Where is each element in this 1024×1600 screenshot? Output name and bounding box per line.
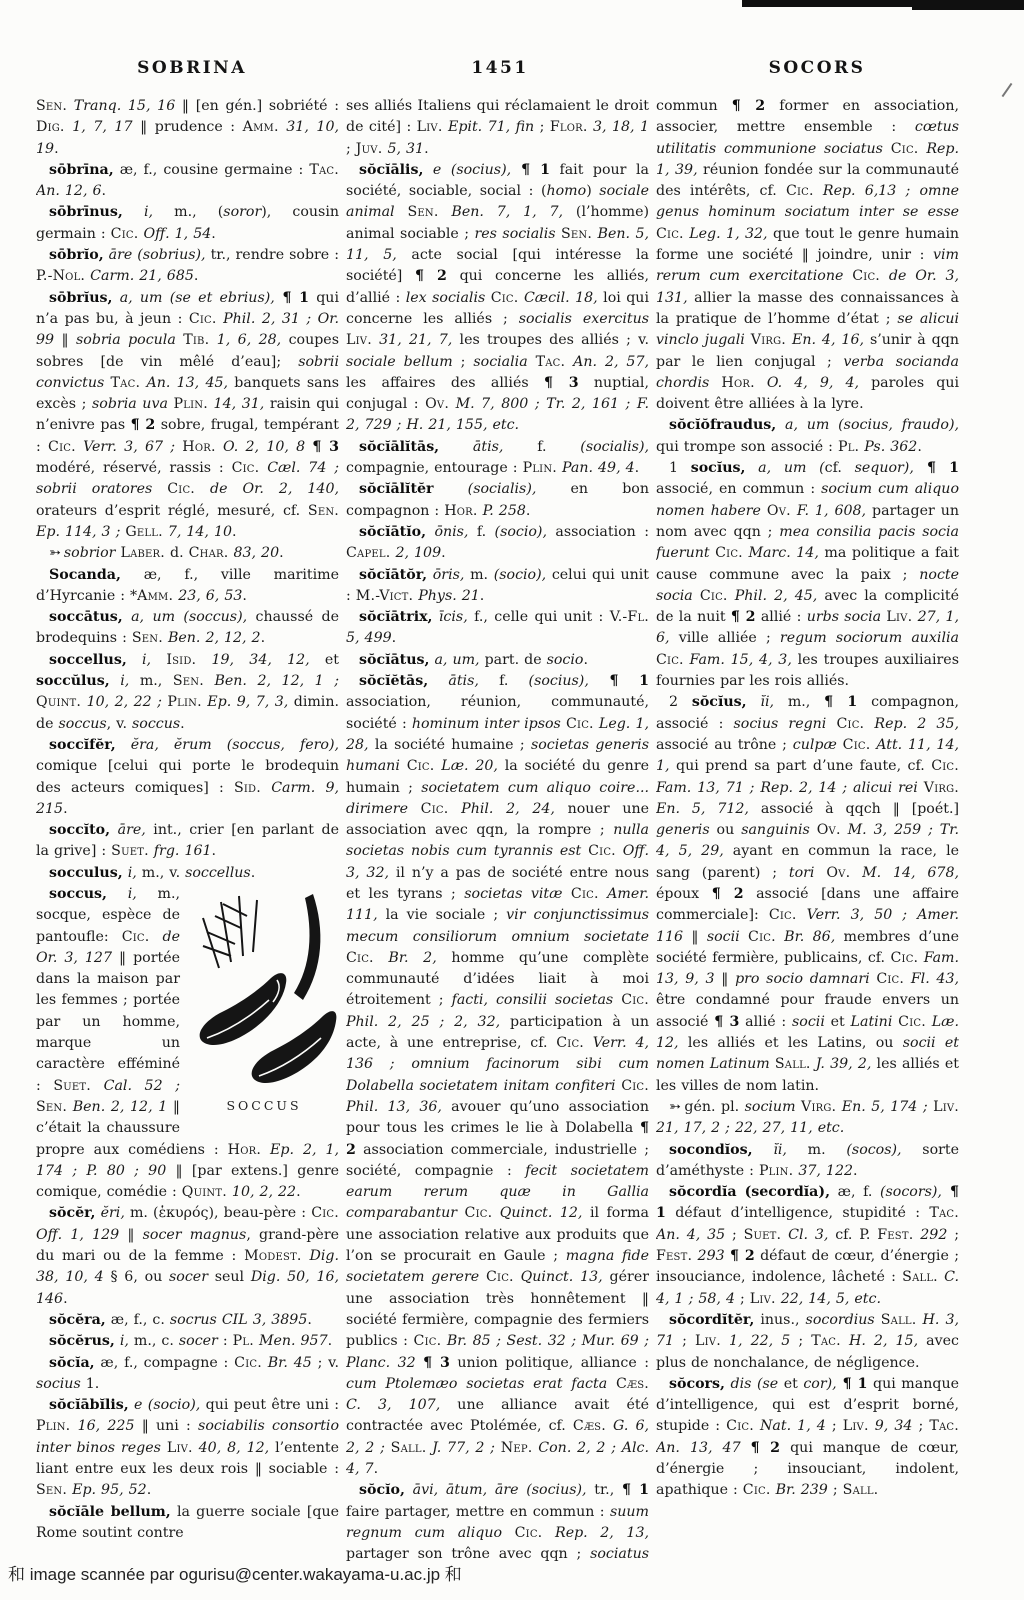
text-run: Cic. — [890, 950, 918, 966]
dictionary-entry: sŏcĭātus, a, um, part. de socio. — [346, 650, 649, 671]
text-run: . — [480, 588, 485, 604]
text-run: m., ( — [153, 204, 223, 220]
text-run: socĭus, — [691, 460, 746, 476]
text-run: Ben. 2, 12, 1 — [67, 1099, 173, 1115]
text-run: Ben. 2, 12, 1 ; — [204, 673, 339, 689]
text-run: ; — [725, 1227, 743, 1243]
text-run: f. — [479, 673, 529, 689]
dictionary-entry: sŏcĭālĭtĕr (socialis), en bon compagnon … — [346, 479, 649, 522]
text-run: Cic. — [486, 1269, 514, 1285]
text-run: 10, 2, 22 ; — [81, 694, 167, 710]
text-run: sŏcĭus, — [692, 694, 747, 710]
text-run: socer magnus — [143, 1227, 247, 1243]
dictionary-entry: sŏcĕra, æ, f., c. socrus CIL 3, 3895. — [36, 1310, 339, 1331]
text-run: ; — [534, 119, 550, 135]
text-run: Cic. — [621, 1078, 649, 1094]
text-run: . — [583, 652, 588, 668]
text-run: Cic. — [556, 1035, 584, 1051]
text-run: ¶ 1 — [589, 673, 649, 689]
text-run: 2, 109 — [390, 545, 441, 561]
text-run: generis — [656, 822, 710, 838]
text-run: Tib. — [183, 332, 209, 348]
text-run: f., celle qui unit : — [468, 609, 610, 625]
text-run: Ben. 7, 1, 7, — [439, 204, 564, 220]
text-run: Suet. — [53, 1078, 91, 1094]
text-run: ; — [346, 141, 356, 157]
text-run: i, — [123, 204, 153, 220]
text-run: socrus CIL 3, 3895 — [170, 1312, 308, 1328]
text-run: . — [424, 141, 429, 157]
text-run: part. de — [480, 652, 547, 668]
text-run: et — [310, 652, 339, 668]
text-run: æ, f., cousine germaine : — [114, 162, 310, 178]
text-run: sŏcĭālis, — [359, 162, 423, 178]
text-run: associé à qqch ‖ [poét.] — [749, 801, 959, 817]
text-run: homo — [547, 183, 587, 199]
dictionary-entry: sŏcĭālĭtās, ātis, f. (socialis), compagn… — [346, 437, 649, 480]
text-run: soccātus, — [49, 609, 123, 625]
text-run: Nat. 1, 4 — [754, 1418, 826, 1434]
text-run: ¶ 3 — [714, 1014, 739, 1030]
text-run: Plin. — [523, 460, 557, 476]
text-run: la vie sociale ; — [378, 907, 507, 923]
dictionary-entry: sŏcordĭtĕr, inus., socordius Sall. H. 3,… — [656, 1310, 959, 1374]
text-run: O. 4, 9, 4, — [755, 375, 859, 391]
text-run: (socors), — [880, 1184, 942, 1200]
text-run: défaut d’intelligence, stupidité : — [666, 1205, 929, 1221]
text-run: ; — [735, 1291, 750, 1307]
text-run: ĕra, ĕrum (soccus, fero), — [116, 737, 339, 753]
text-run: ; — [453, 354, 474, 370]
text-run: Cic. — [726, 1418, 754, 1434]
text-run: Cic. — [48, 439, 76, 455]
text-run: ōnis, — [426, 524, 468, 540]
text-run: soccus, — [49, 886, 107, 902]
text-run: Cic. — [407, 758, 435, 774]
text-run: Suet. — [744, 1227, 782, 1243]
text-run: Cic. — [898, 1014, 926, 1030]
text-run: Cic. — [700, 588, 728, 604]
text-run: æ, f. — [830, 1184, 880, 1200]
text-run: sŏcordĭa (secordĭa), — [669, 1184, 830, 1200]
dictionary-entry: sŏcors, dis (se et cor), ¶ 1 qui manque … — [656, 1374, 959, 1502]
text-run: V.-Fl. — [610, 609, 649, 625]
text-run: . — [63, 801, 68, 817]
text-run: 23, 6, 53 — [173, 588, 242, 604]
dictionary-entry: 1 socĭus, a, um (cf. sequor), ¶ 1 associ… — [656, 458, 959, 692]
text-run: soccellus — [185, 865, 251, 881]
text-run: Liv. — [886, 609, 912, 625]
scan-artifact — [912, 6, 1024, 10]
text-run: Cic. — [566, 716, 594, 732]
text-run: a, um (soccus), — [123, 609, 247, 625]
header-left-keyword: SOBRINA — [137, 58, 247, 78]
text-run: Phil. 2, 25 ; 2, 32, — [346, 1014, 500, 1030]
text-run: i, — [115, 1333, 129, 1349]
text-run: C. 3, 107, — [346, 1397, 440, 1413]
text-run: 5, 31 — [382, 141, 424, 157]
text-run: Quinct. 12, — [492, 1205, 582, 1221]
text-run: Liv. — [695, 1333, 721, 1349]
text-run: Cic. — [931, 758, 959, 774]
text-run: Fam. 13, 71 ; Rep. 2, 14 ; alicui rei — [656, 780, 924, 796]
text-run: ĕri, — [96, 1205, 125, 1221]
text-run: Ps. 362 — [859, 439, 917, 455]
text-run: 19, 34, 12, — [196, 652, 309, 668]
dictionary-entry: sŏcĭātŏr, ōris, m. (socio), celui qui un… — [346, 565, 649, 608]
text-run: 1, 6, 28, — [209, 332, 281, 348]
text-run: les alliés et les Latins, ou — [679, 1035, 903, 1051]
text-run: Sall. — [775, 1056, 811, 1072]
text-run: Phil. 2, 24, — [448, 801, 554, 817]
text-run: Br. 239 — [771, 1482, 828, 1498]
text-run: de Or. 2, 140, — [195, 481, 339, 497]
text-run: pro socio damnari — [735, 971, 876, 987]
text-run: associé au trône ; — [656, 737, 793, 753]
text-run: d. — [165, 545, 189, 561]
text-run: Cic. — [621, 992, 649, 1008]
text-run: O. 2, 10, 8 — [216, 439, 313, 455]
text-run: ¶ 3 — [312, 439, 339, 455]
text-run: Ben. 2, 12, 2 — [163, 630, 261, 646]
text-run: ¶ 1 — [511, 162, 550, 178]
text-run: Plin. — [174, 396, 208, 412]
text-run: Cic. — [465, 1205, 493, 1221]
text-run: Cæs. — [616, 1376, 649, 1392]
text-run: sobria pocula — [76, 332, 183, 348]
text-run: socius regni — [734, 716, 837, 732]
text-run: Marc. 14, — [743, 545, 819, 561]
text-run: i, — [127, 652, 151, 668]
text-run: F. 1, 608, — [791, 503, 866, 519]
text-run: Cic. — [715, 545, 743, 561]
text-run: frg. 161 — [149, 843, 212, 859]
text-run: . — [232, 524, 237, 540]
text-run: . — [212, 843, 217, 859]
text-run: les troupes des alliés ; v. — [452, 332, 649, 348]
text-run: Cic. — [122, 929, 150, 945]
text-run: m., — [774, 694, 824, 710]
text-run: union politique, alliance : — [450, 1355, 649, 1371]
text-run: tr., — [587, 1482, 622, 1498]
text-run: ¶ 1 — [622, 1482, 649, 1498]
text-run: 9, 34 — [869, 1418, 913, 1434]
text-run: qui trompe son associé : — [656, 439, 838, 455]
text-run: Sen. — [36, 1482, 67, 1498]
text-run: An. 2, 57, — [565, 354, 649, 370]
text-run: Amm. — [243, 119, 279, 135]
text-run: commun — [656, 98, 732, 114]
text-run: Off. 1, 129 — [36, 1227, 127, 1243]
text-run: Cic. — [515, 1525, 543, 1541]
text-run: Cic. — [891, 141, 919, 157]
text-run: Cic. — [743, 1482, 771, 1498]
text-run: Capel. — [346, 545, 390, 561]
text-run: ¶ 3 — [423, 1355, 450, 1371]
text-run: Rep. 2, 13, — [542, 1525, 649, 1541]
dictionary-entry: soccellus, i, Isid. 19, 34, 12, et soccŭ… — [36, 650, 339, 735]
text-run: J. 77, 2 ; — [426, 1440, 500, 1456]
text-run: soccus — [59, 716, 107, 732]
text-run: et — [831, 1014, 845, 1030]
text-run: qui prend sa part d’une faute, cf. — [670, 758, 932, 774]
text-run: 5, 499 — [346, 630, 392, 646]
text-run: ➳ — [49, 545, 64, 561]
dictionary-entry: sŏcordĭa (secordĭa), æ, f. (socors), ¶ 1… — [656, 1182, 959, 1310]
text-run: ¶ 2 — [730, 1248, 755, 1264]
text-columns: Sen. Tranq. 15, 16 ‖ [en gén.] sobriété … — [36, 96, 959, 1568]
text-run: travail pris en — [492, 1567, 599, 1568]
dictionary-entry: sŏcĭāle bellum, la guerre sociale [que R… — [36, 1502, 339, 1545]
text-run: . — [853, 1163, 858, 1179]
text-run: (socialis), — [580, 439, 649, 455]
text-run: Sall. — [881, 1312, 917, 1328]
text-run: Cic. — [311, 1205, 339, 1221]
dictionary-entry: sōbrĭus, a, um (se et ebrius), ¶ 1 qui n… — [36, 288, 339, 544]
text-run: Carm. 21, 685 — [85, 268, 194, 284]
text-run: P. 258 — [478, 503, 526, 519]
text-run: H. 2, 15, — [841, 1333, 918, 1349]
dictionary-entry: sŏcĭātrix, īcis, f., celle qui unit : V.… — [346, 607, 649, 650]
dictionary-entry: SOCCUS soccus, i, m., socque, espèce de … — [36, 884, 339, 1203]
text-run: Tac. — [309, 162, 339, 178]
text-run: Ep. 114, 3 ; — [36, 524, 125, 540]
text-run: a, um (socius, fraudo), — [776, 417, 959, 433]
text-run: sŏcĭālĭtās, — [359, 439, 439, 455]
text-run: ‖ — [127, 1227, 142, 1243]
text-run: 14, 31, — [208, 396, 264, 412]
text-run: culpæ — [793, 737, 843, 753]
text-run: faire partager, mettre en commun : — [346, 1504, 610, 1520]
text-run: . — [328, 1333, 333, 1349]
text-run: Br. 86, — [776, 929, 835, 945]
dictionary-entry: ➳ gén. pl. socium Virg. En. 5, 174 ; Liv… — [656, 1097, 959, 1140]
text-run: a, um ( — [745, 460, 824, 476]
text-run: Cic. — [843, 737, 871, 753]
text-run: Isid. — [166, 652, 196, 668]
text-run: modéré, réservé, rassis : — [36, 460, 232, 476]
text-run: Tac. — [536, 354, 566, 370]
text-run: m., v. — [137, 865, 185, 881]
text-run: socer — [169, 1269, 208, 1285]
text-run: socio — [547, 652, 584, 668]
text-run: ‖ — [691, 929, 706, 945]
text-run: association : — [547, 524, 649, 540]
text-run: āvi, ātum, āre (socius), — [405, 1482, 587, 1498]
text-run: En. 4, 16, — [786, 332, 864, 348]
text-run: socculus, — [49, 865, 123, 881]
text-run: orateurs d’esprit réglé, mesuré, cf. — [36, 503, 308, 519]
text-run: sŏcĭātus, — [359, 652, 429, 668]
text-run: 7, 14, 10 — [163, 524, 232, 540]
text-run: Plin. — [167, 694, 201, 710]
text-run: Ep. 9, 7, 3, — [202, 694, 288, 710]
text-run: res socialis — [475, 226, 561, 242]
text-run: gén. pl. — [684, 1099, 744, 1115]
text-run: 292 — [913, 1227, 947, 1243]
text-run: . — [917, 439, 922, 455]
text-run: ‖ portée dans la maison par les femmes ;… — [36, 950, 180, 1094]
text-run: sŏcĭābĭlis, — [49, 1397, 129, 1413]
dictionary-entry: sŏcĭa, æ, f., compagne : Cic. Br. 45 ; v… — [36, 1353, 339, 1396]
text-run: allié : — [739, 1014, 792, 1030]
text-run: Amm. — [137, 588, 173, 604]
text-run: soccĭto, — [49, 822, 110, 838]
text-run: socordius — [806, 1312, 881, 1328]
text-run: m. (ἑκυρός), beau-père : — [125, 1205, 311, 1221]
text-run: Pl. — [233, 1333, 254, 1349]
text-run: Sall. — [902, 1269, 938, 1285]
text-run: i, — [123, 865, 137, 881]
text-run: socii — [792, 1014, 831, 1030]
text-run: . — [374, 1461, 379, 1477]
text-run: ¶ 2 — [131, 417, 156, 433]
text-run: Rep. 2 35, — [864, 716, 959, 732]
text-run: Quinct. 13, — [514, 1269, 603, 1285]
dictionary-entry: sŏcĭĕtās, ātis, f. (socius), ¶ 1 associa… — [346, 671, 649, 1480]
text-run: ¶ 2 — [731, 609, 756, 625]
text-run: sŏcĭātĭo, — [359, 524, 426, 540]
text-run: Dig. — [36, 119, 65, 135]
text-run: Pan. 49, 4 — [557, 460, 635, 476]
text-run: . — [194, 268, 199, 284]
text-run: ¶ 2 — [732, 98, 765, 114]
text-run: . — [307, 1312, 312, 1328]
text-run: (socio), — [495, 524, 547, 540]
text-run: Flor. — [550, 119, 588, 135]
text-run: Cic. — [656, 226, 684, 242]
text-run: Laber. — [120, 545, 165, 561]
text-run: ātis, — [439, 439, 503, 455]
text-run: Sen. — [407, 204, 438, 220]
text-run: ‖ — [721, 971, 735, 987]
dictionary-entry: socondĭos, ĭi, m. (socos), sorte d’améth… — [656, 1140, 959, 1183]
text-run: 21, 17, 2 ; 22, 27, 11, etc. — [656, 1120, 844, 1136]
dictionary-entry: sŏcĭo, āvi, ātum, āre (socius), tr., ¶ 1… — [346, 1480, 649, 1568]
text-run: Cæs. — [573, 1418, 606, 1434]
text-run: Gell. — [125, 524, 162, 540]
dictionary-entry: Socanda, æ, f., ville maritime d’Hyrcani… — [36, 565, 339, 608]
text-run: Cal. 52 ; — [91, 1078, 180, 1094]
text-run: Tac. — [111, 375, 141, 391]
text-run: ōris, — [427, 567, 464, 583]
dictionary-entry: soccātus, a, um (soccus), chaussé de bro… — [36, 607, 339, 650]
text-run: hominum inter ipsos — [412, 716, 566, 732]
dictionary-entry: sŏcĕr, ĕri, m. (ἑκυρός), beau-père : Cic… — [36, 1203, 339, 1309]
text-run: . — [211, 226, 216, 242]
text-run: Pl. — [838, 439, 859, 455]
text-run: 293 — [692, 1248, 730, 1264]
dictionary-entry: soccĭfĕr, ĕra, ĕrum (soccus, fero), comi… — [36, 735, 339, 820]
text-run: An. 13, 47 — [656, 1440, 751, 1456]
text-run: sŏcĭĕtās, — [359, 673, 428, 689]
text-run: soccus — [132, 716, 180, 732]
text-run: 22, 14, 5, etc. — [776, 1291, 881, 1307]
text-run: qui peut être uni : — [200, 1397, 339, 1413]
text-run: . — [261, 630, 266, 646]
text-run: f. — [468, 524, 494, 540]
text-run: Phil. 2, 45, — [728, 588, 818, 604]
text-run: Hor. — [228, 1142, 261, 1158]
dictionary-entry: sŏcĕrus, i, m., c. socer : Pl. Men. 957. — [36, 1331, 339, 1352]
text-run: la société humaine ; — [369, 737, 531, 753]
text-run: sŏcĕra, — [49, 1312, 106, 1328]
text-run: ¶ 3 — [544, 375, 579, 391]
page-number: 1451 — [471, 58, 528, 78]
text-run: . — [102, 183, 107, 199]
text-run: sōbrīnus, — [49, 204, 123, 220]
text-run: 2 — [669, 694, 692, 710]
text-run: Cic. — [748, 929, 776, 945]
text-run: sŏcors, — [669, 1376, 725, 1392]
text-run: Quint. — [182, 1184, 227, 1200]
text-run: An. 4, 35 — [656, 1227, 725, 1243]
dictionary-entry: commun ¶ 2 former en association, associ… — [656, 96, 959, 415]
dictionary-entry: soccĭto, āre, int., crier [en parlant de… — [36, 820, 339, 863]
text-run: sōbrīna, — [49, 162, 114, 178]
text-run: 83, 20 — [228, 545, 279, 561]
text-run: 37, 122 — [793, 1163, 853, 1179]
text-run: Cæcil. 18, — [519, 290, 598, 306]
text-run: Phil. 13, 36, — [346, 1099, 442, 1115]
text-run: Cic. — [167, 481, 195, 497]
text-run: ; — [826, 1418, 843, 1434]
text-run: Leg. 1, 32, — [684, 226, 768, 242]
text-run: sŏcĭālĭtĕr — [359, 481, 434, 497]
text-run: 3, 18, 1 — [588, 119, 649, 135]
text-run: sōbrĭo, — [49, 247, 104, 263]
text-run: Cic. — [421, 801, 449, 817]
text-run: . — [54, 141, 59, 157]
text-run: cum Ptolemæo societas erat facta — [346, 1376, 616, 1392]
text-run: Tac. — [929, 1418, 959, 1434]
text-run: æ, f., c. — [106, 1312, 170, 1328]
text-run: sōbrĭus, — [49, 290, 112, 306]
text-run: socium — [745, 1099, 801, 1115]
text-run: Cic. — [852, 268, 880, 284]
text-run: Cic. — [234, 1355, 262, 1371]
text-run: Cic. — [837, 716, 865, 732]
text-run: sanguinis — [741, 822, 817, 838]
text-run: soror — [223, 204, 261, 220]
text-run: Sen. — [561, 226, 592, 242]
text-run: Epit. 71, fin — [443, 119, 535, 135]
text-run: époux — [656, 886, 712, 902]
text-run: En. 5, 712, — [656, 801, 749, 817]
text-run: sobrior — [64, 545, 121, 561]
text-run: 40, 8, 12, — [193, 1440, 269, 1456]
text-run: ‖ prudence : — [140, 119, 243, 135]
text-run: Fest. — [877, 1227, 913, 1243]
scanner-credit: 和 image scannée par ogurisu@center.wakay… — [8, 1560, 462, 1585]
text-run: Verr. 3, 67 ; — [76, 439, 182, 455]
text-run: regum sociorum auxilia — [780, 630, 959, 646]
dictionary-entry: sōbrīnus, i, m., (soror), cousin germain… — [36, 202, 339, 245]
dictionary-entry: sŏcĭālis, e (socius), ¶ 1 fait pour la s… — [346, 160, 649, 437]
text-run: Cic. — [232, 460, 260, 476]
text-run: e (socius), — [423, 162, 511, 178]
text-run: ; — [947, 1227, 959, 1243]
text-run: sŏcĕr, — [49, 1205, 96, 1221]
text-run: seul — [208, 1269, 251, 1285]
text-run: e (socio), — [129, 1397, 201, 1413]
text-run: associé, en commun : — [656, 481, 821, 497]
text-run: Ov. — [817, 822, 841, 838]
text-run: socialia — [473, 354, 535, 370]
text-run: Cl. 3, — [781, 1227, 828, 1243]
text-run: ville alliée ; — [670, 630, 780, 646]
text-run: sŏcĭāle bellum, — [49, 1504, 171, 1520]
